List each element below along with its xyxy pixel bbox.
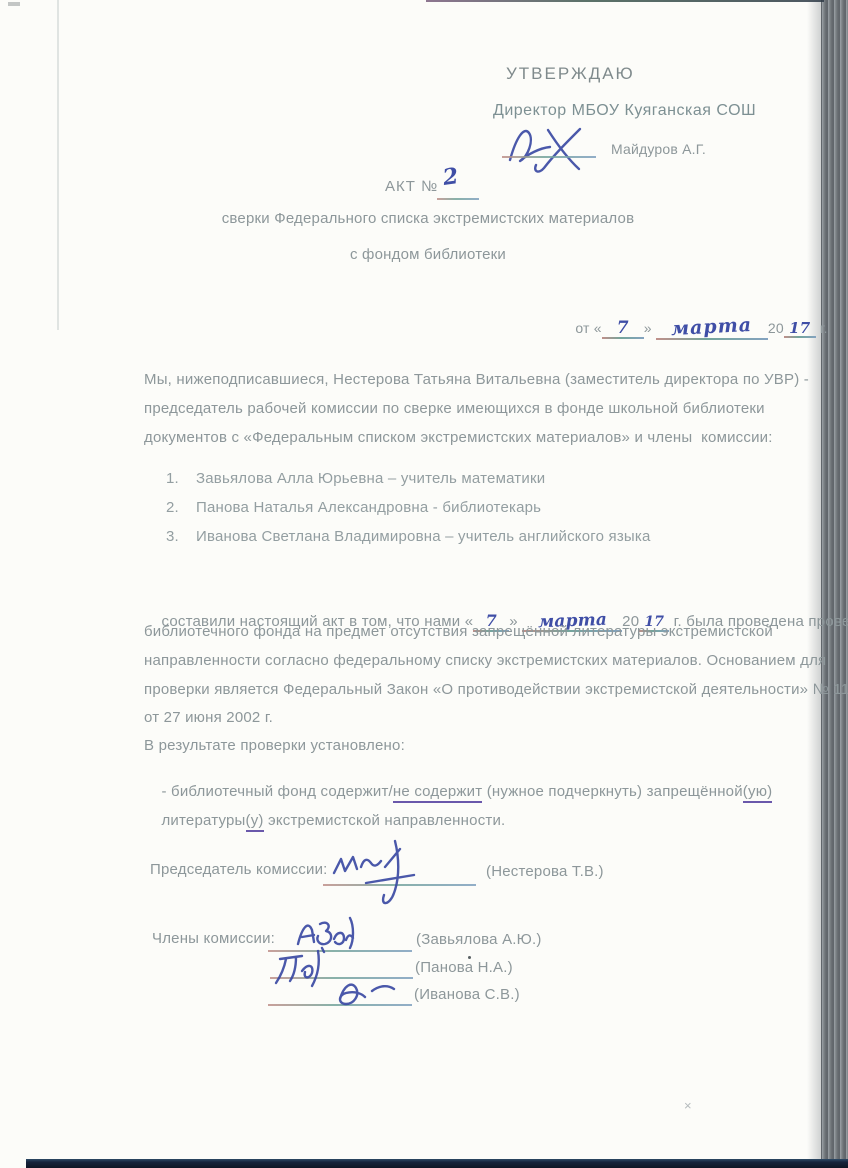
- body-line-6: В результате проверки установлено:: [144, 737, 405, 755]
- body-line-5: от 27 июня 2002 г.: [144, 709, 273, 727]
- chairman-signature: [328, 831, 433, 911]
- member-list-item: 1.Завьялова Алла Юрьевна – учитель матем…: [166, 470, 545, 488]
- list-number: 1.: [166, 470, 196, 488]
- member-signature-3: [328, 977, 403, 1007]
- body-line-8: литературы(у) экстремистской направленно…: [144, 794, 505, 848]
- member-name-2: (Панова Н.А.): [415, 959, 513, 977]
- date-year-field: 17: [784, 319, 816, 338]
- list-text: Панова Наталья Александровна - библиотек…: [196, 499, 541, 516]
- director-name: Майдуров А.Г.: [611, 141, 706, 158]
- body-text: (нужное подчеркнуть) запрещённой: [482, 783, 742, 800]
- act-number: 2: [441, 163, 460, 191]
- chairman-name: (Нестерова Т.В.): [486, 863, 604, 881]
- date-suffix: г.: [820, 320, 828, 336]
- date-century: 20: [768, 320, 784, 336]
- scan-edge-band: [821, 0, 848, 1168]
- scan-top-line: [426, 0, 824, 2]
- date-day: 7: [617, 318, 629, 338]
- scan-bottom-band: [26, 1159, 848, 1168]
- director-signature-line: [502, 156, 596, 158]
- members-label: Члены комиссии:: [152, 930, 275, 948]
- act-subtitle-2: с фондом библиотеки: [20, 246, 836, 264]
- list-text: Иванова Светлана Владимировна – учитель …: [196, 528, 651, 545]
- approval-stamp: УТВЕРЖДАЮ: [506, 64, 635, 84]
- scan-speck: [8, 2, 20, 6]
- body-line-1: составили настоящий акт в том, что нами …: [144, 593, 848, 650]
- member-list-item: 3.Иванова Светлана Владимировна – учител…: [166, 528, 651, 546]
- date-month: марта: [671, 314, 753, 341]
- act-number-underline: [437, 198, 479, 200]
- director-signature: [498, 116, 598, 176]
- intro-line-2: председатель рабочей комиссии по сверке …: [144, 400, 765, 418]
- member-name-1: (Завьялова А.Ю.): [416, 931, 542, 949]
- intro-line-1: Мы, нижеподписавшиеся, Нестерова Татьяна…: [144, 371, 809, 389]
- act-title-label: АКТ №: [385, 178, 438, 196]
- list-text: Завьялова Алла Юрьевна – учитель математ…: [196, 470, 545, 487]
- act-subtitle-1: сверки Федерального списка экстремистски…: [20, 210, 836, 228]
- scan-speck: ×: [684, 1098, 692, 1113]
- chairman-label: Председатель комиссии:: [150, 861, 328, 879]
- underlined-ending: (ую): [743, 783, 773, 803]
- date-close-quote: »: [644, 320, 652, 336]
- date-line: от «7» марта2017 г.: [559, 299, 828, 356]
- underlined-ending: (у): [246, 812, 264, 832]
- list-number: 3.: [166, 528, 196, 546]
- list-number: 2.: [166, 499, 196, 517]
- scan-smear: [57, 0, 59, 330]
- scanned-act-document: × УТВЕРЖДАЮ Директор МБОУ Куяганская СОШ…: [0, 0, 848, 1168]
- body-text: экстремистской направленности.: [264, 812, 506, 829]
- member-list-item: 2.Панова Наталья Александровна - библиот…: [166, 499, 541, 517]
- date-year: 17: [789, 319, 810, 337]
- date-day-field: 7: [602, 318, 644, 339]
- date-prefix: от «: [575, 320, 601, 336]
- intro-line-3: документов с «Федеральным списком экстре…: [144, 429, 773, 447]
- date-month-field: марта: [656, 316, 768, 340]
- body-line-3: направленности согласно федеральному спи…: [144, 652, 826, 670]
- body-line-4: проверки является Федеральный Закон «О п…: [144, 681, 848, 699]
- body-text: литературы: [161, 812, 245, 829]
- scan-shadow-strip: [807, 0, 821, 1168]
- body-line-2: библиотечного фонда на предмет отсутстви…: [144, 623, 773, 641]
- member-name-3: (Иванова С.В.): [414, 986, 520, 1004]
